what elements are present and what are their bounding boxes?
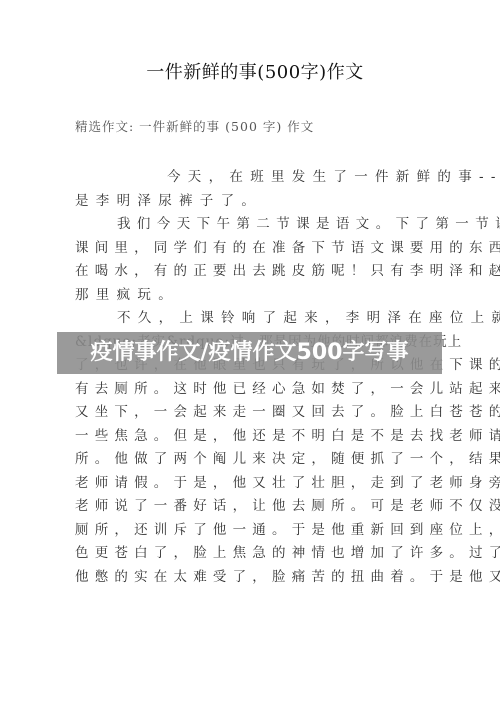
document-page: 一件新鲜的事(500字)作文 精选作文: 一件新鲜的事 (500 字) 作文 今… [0, 0, 500, 706]
essay-line: 老师说了一番好话，让他去厕所。可是老师不仅没让他去 [75, 495, 420, 519]
document-subtitle: 精选作文: 一件新鲜的事 (500 字) 作文 [75, 118, 314, 136]
essay-line: 有去厕所。这时他已经心急如焚了，一会儿站起来跳两下 [75, 378, 420, 402]
essay-line: 厕所，还训斥了他一通。于是他重新回到座位上，他的脸 [75, 519, 420, 543]
essay-line: 一些焦急。但是，他还是不明白是不是去找老师请假去厕 [75, 425, 420, 449]
essay-line: 今天，在班里发生了一件新鲜的事----就 [75, 166, 420, 190]
essay-line: 老师请假。于是，他又壮了壮胆，走到了老师身旁。他和 [75, 472, 420, 496]
essay-line: 所。他做了两个阄儿来决定，随便抓了一个，结果是去和 [75, 448, 420, 472]
essay-line: 色更苍白了，脸上焦急的神情也增加了许多。过了一会， [75, 542, 420, 566]
banner-title: 疫情事作文/疫情作文500字写事 [57, 332, 442, 374]
essay-line: 在喝水，有的正要出去跳皮筋呢！只有李明泽和赵天硕在 [75, 260, 420, 284]
essay-line: 是李明泽尿裤子了。 [75, 190, 420, 214]
essay-line: 不久，上课铃响了起来，李明泽在座位上就没 [75, 307, 420, 331]
essay-line: 我们今天下午第二节课是语文。下了第一节课，在 [75, 213, 420, 237]
essay-body: 今天，在班里发生了一件新鲜的事----就 是李明泽尿裤子了。 我们今天下午第二节… [75, 166, 420, 589]
essay-line: 那里疯玩。 [75, 284, 420, 308]
essay-line: 课间里，同学们有的在准备下节语文课要用的东西，有的 [75, 237, 420, 261]
title-overlay-banner: 疫情事作文/疫情作文500字写事 [57, 332, 442, 374]
document-title: 一件新鲜的事(500字)作文 [0, 61, 500, 85]
essay-line: 又坐下，一会起来走一圈又回去了。脸上白苍苍的，还有 [75, 401, 420, 425]
essay-line: 他憋的实在太难受了，脸痛苦的扭曲着。于是他又站起来 [75, 566, 420, 590]
